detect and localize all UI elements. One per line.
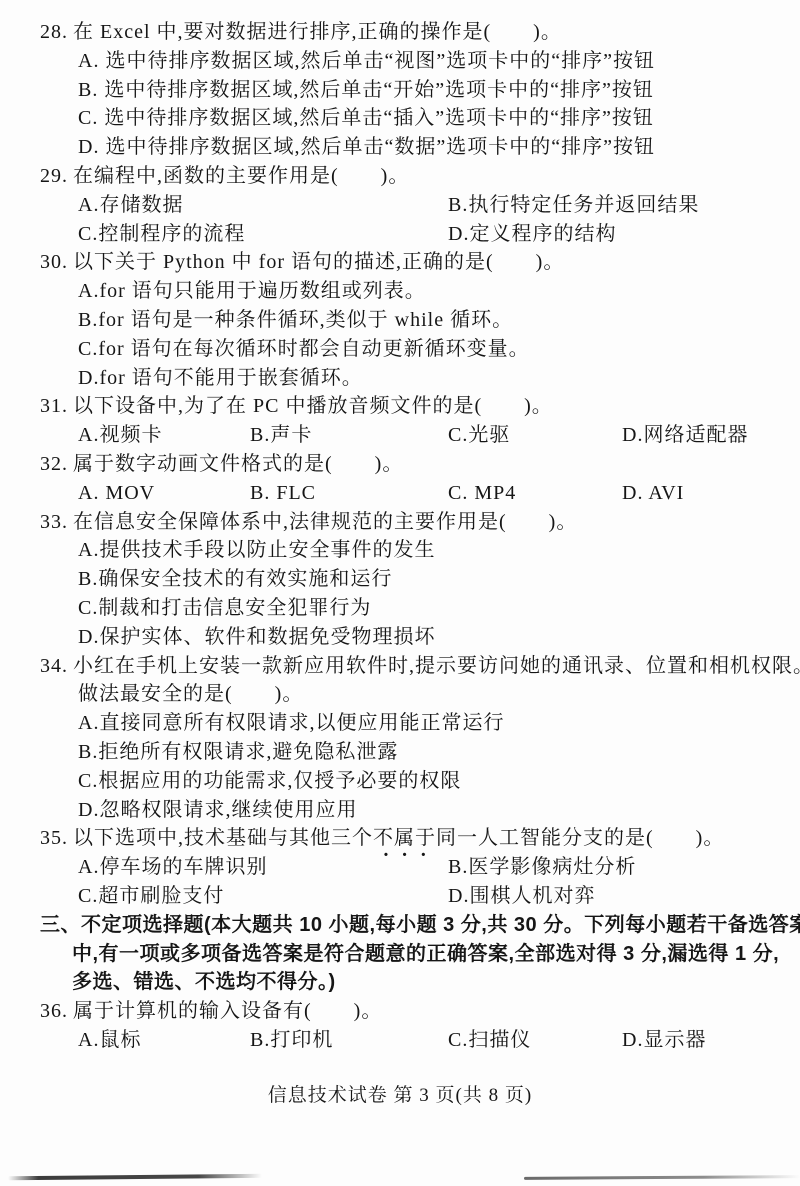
option: A.提供技术手段以防止安全事件的发生	[78, 536, 800, 565]
scan-shadow-line-right	[524, 1175, 800, 1180]
option: A.存储数据	[78, 191, 183, 220]
question-stem-line: 28.在 Excel 中,要对数据进行排序,正确的操作是( )。	[40, 18, 800, 47]
option: B.确保安全技术的有效实施和运行	[78, 565, 800, 594]
question-stem-text: 同一人工智能分支的是( )。	[436, 827, 724, 849]
question-stem-line: 33.在信息安全保障体系中,法律规范的主要作用是( )。	[40, 508, 800, 537]
question-stem-text: 以下选项中,技术基础与其他三个	[73, 827, 373, 849]
page-footer: 信息技术试卷 第 3 页(共 8 页)	[0, 1080, 800, 1107]
option: C. MP4	[448, 479, 516, 508]
option: A.视频卡	[78, 421, 162, 450]
question-stem-text: 以下设备中,为了在 PC 中播放音频文件的是( )。	[73, 395, 553, 417]
question-stem-text: 小红在手机上安装一款新应用软件时,提示要访问她的通讯录、位置和相机权限。	[73, 655, 800, 677]
exam-paper-page: 28.在 Excel 中,要对数据进行排序,正确的操作是( )。A. 选中待排序…	[0, 0, 800, 1186]
question-stem-text: 属于计算机的输入设备有( )。	[73, 1000, 382, 1022]
question-stem-line: 29.在编程中,函数的主要作用是( )。	[40, 162, 800, 191]
question-stem-line: 30.以下关于 Python 中 for 语句的描述,正确的是( )。	[40, 248, 800, 277]
question-stem-text: 在 Excel 中,要对数据进行排序,正确的操作是( )。	[73, 21, 562, 43]
question-28: 28.在 Excel 中,要对数据进行排序,正确的操作是( )。A. 选中待排序…	[40, 18, 800, 162]
question-stem-text: 在编程中,函数的主要作用是( )。	[73, 165, 409, 187]
question-stem-text: 属于数字动画文件格式的是( )。	[73, 453, 403, 475]
option: D.定义程序的结构	[448, 220, 616, 249]
option: B.医学影像病灶分析	[448, 853, 636, 882]
question-stem-line: 35.以下选项中,技术基础与其他三个不属于同一人工智能分支的是( )。	[40, 824, 800, 853]
option: C.根据应用的功能需求,仅授予必要的权限	[78, 767, 800, 796]
option: C.for 语句在每次循环时都会自动更新循环变量。	[78, 335, 800, 364]
option-row: A. MOVB. FLCC. MP4D. AVI	[40, 479, 800, 508]
option-row: A.停车场的车牌识别B.医学影像病灶分析	[40, 853, 800, 882]
question-stem-text: 在信息安全保障体系中,法律规范的主要作用是( )。	[73, 511, 577, 533]
question-30: 30.以下关于 Python 中 for 语句的描述,正确的是( )。A.for…	[40, 248, 800, 392]
exam-content: 28.在 Excel 中,要对数据进行排序,正确的操作是( )。A. 选中待排序…	[40, 18, 800, 1055]
question-number: 28.	[40, 21, 68, 43]
question-stem-emphasized-text: 不属于	[373, 824, 436, 853]
option: C.控制程序的流程	[78, 220, 245, 249]
scan-shadow-line-left	[8, 1174, 262, 1180]
option: C.超市刷脸支付	[78, 882, 224, 911]
option-row: A.视频卡B.声卡C.光驱D.网络适配器	[40, 421, 800, 450]
option: D.显示器	[622, 1026, 706, 1055]
option: D.围棋人机对弈	[448, 882, 595, 911]
option-row: A.鼠标B.打印机C.扫描仪D.显示器	[40, 1026, 800, 1055]
option: B. FLC	[250, 479, 316, 508]
question-stem-text: 以下关于 Python 中 for 语句的描述,正确的是( )。	[73, 251, 564, 273]
question-number: 32.	[40, 453, 68, 475]
option: C.光驱	[448, 421, 510, 450]
option: B.打印机	[250, 1026, 333, 1055]
option: B.拒绝所有权限请求,避免隐私泄露	[78, 738, 800, 767]
question-stem-line: 31.以下设备中,为了在 PC 中播放音频文件的是( )。	[40, 392, 800, 421]
option-row: C.超市刷脸支付D.围棋人机对弈	[40, 882, 800, 911]
option: A. MOV	[78, 479, 155, 508]
option: D. AVI	[622, 479, 684, 508]
section-header-line: 中,有一项或多项备选答案是符合题意的正确答案,全部选对得 3 分,漏选得 1 分…	[72, 940, 800, 969]
question-31: 31.以下设备中,为了在 PC 中播放音频文件的是( )。A.视频卡B.声卡C.…	[40, 392, 800, 450]
question-number: 33.	[40, 511, 68, 533]
question-stem-line: 34.小红在手机上安装一款新应用软件时,提示要访问她的通讯录、位置和相机权限。	[40, 652, 800, 681]
question-number: 29.	[40, 165, 68, 187]
option: C.制裁和打击信息安全犯罪行为	[78, 594, 800, 623]
section-header-line: 多选、错选、不选均不得分。)	[72, 968, 800, 997]
question-number: 34.	[40, 655, 68, 677]
option: A.直接同意所有权限请求,以便应用能正常运行	[78, 709, 800, 738]
option: A. 选中待排序数据区域,然后单击“视图”选项卡中的“排序”按钮	[78, 47, 800, 76]
question-number: 30.	[40, 251, 68, 273]
option: B.for 语句是一种条件循环,类似于 while 循环。	[78, 306, 800, 335]
section-header-line: 三、不定项选择题(本大题共 10 小题,每小题 3 分,共 30 分。下列每小题…	[40, 911, 800, 940]
option: C.扫描仪	[448, 1026, 531, 1055]
option: D.保护实体、软件和数据免受物理损坏	[78, 623, 800, 652]
option: D.for 语句不能用于嵌套循环。	[78, 364, 800, 393]
question-stem-line: 32.属于数字动画文件格式的是( )。	[40, 450, 800, 479]
option: D.忽略权限请求,继续使用应用	[78, 796, 800, 825]
question-35: 35.以下选项中,技术基础与其他三个不属于同一人工智能分支的是( )。A.停车场…	[40, 824, 800, 910]
option-row: A.存储数据B.执行特定任务并返回结果	[40, 191, 800, 220]
option: D.网络适配器	[622, 421, 748, 450]
option: D. 选中待排序数据区域,然后单击“数据”选项卡中的“排序”按钮	[78, 133, 800, 162]
question-number: 35.	[40, 827, 68, 849]
question-stem-continuation: 做法最安全的是( )。	[78, 680, 800, 709]
question-32: 32.属于数字动画文件格式的是( )。A. MOVB. FLCC. MP4D. …	[40, 450, 800, 508]
option: C. 选中待排序数据区域,然后单击“插入”选项卡中的“排序”按钮	[78, 104, 800, 133]
question-36: 36.属于计算机的输入设备有( )。A.鼠标B.打印机C.扫描仪D.显示器	[40, 997, 800, 1055]
option: A.停车场的车牌识别	[78, 853, 267, 882]
option-row: C.控制程序的流程D.定义程序的结构	[40, 220, 800, 249]
option: A.鼠标	[78, 1026, 141, 1055]
question-29: 29.在编程中,函数的主要作用是( )。A.存储数据B.执行特定任务并返回结果C…	[40, 162, 800, 248]
option: B. 选中待排序数据区域,然后单击“开始”选项卡中的“排序”按钮	[78, 76, 800, 105]
question-34: 34.小红在手机上安装一款新应用软件时,提示要访问她的通讯录、位置和相机权限。做…	[40, 652, 800, 825]
question-number: 31.	[40, 395, 68, 417]
option: A.for 语句只能用于遍历数组或列表。	[78, 277, 800, 306]
question-number: 36.	[40, 1000, 68, 1022]
question-stem-line: 36.属于计算机的输入设备有( )。	[40, 997, 800, 1026]
option: B.声卡	[250, 421, 312, 450]
option: B.执行特定任务并返回结果	[448, 191, 699, 220]
question-33: 33.在信息安全保障体系中,法律规范的主要作用是( )。A.提供技术手段以防止安…	[40, 508, 800, 652]
